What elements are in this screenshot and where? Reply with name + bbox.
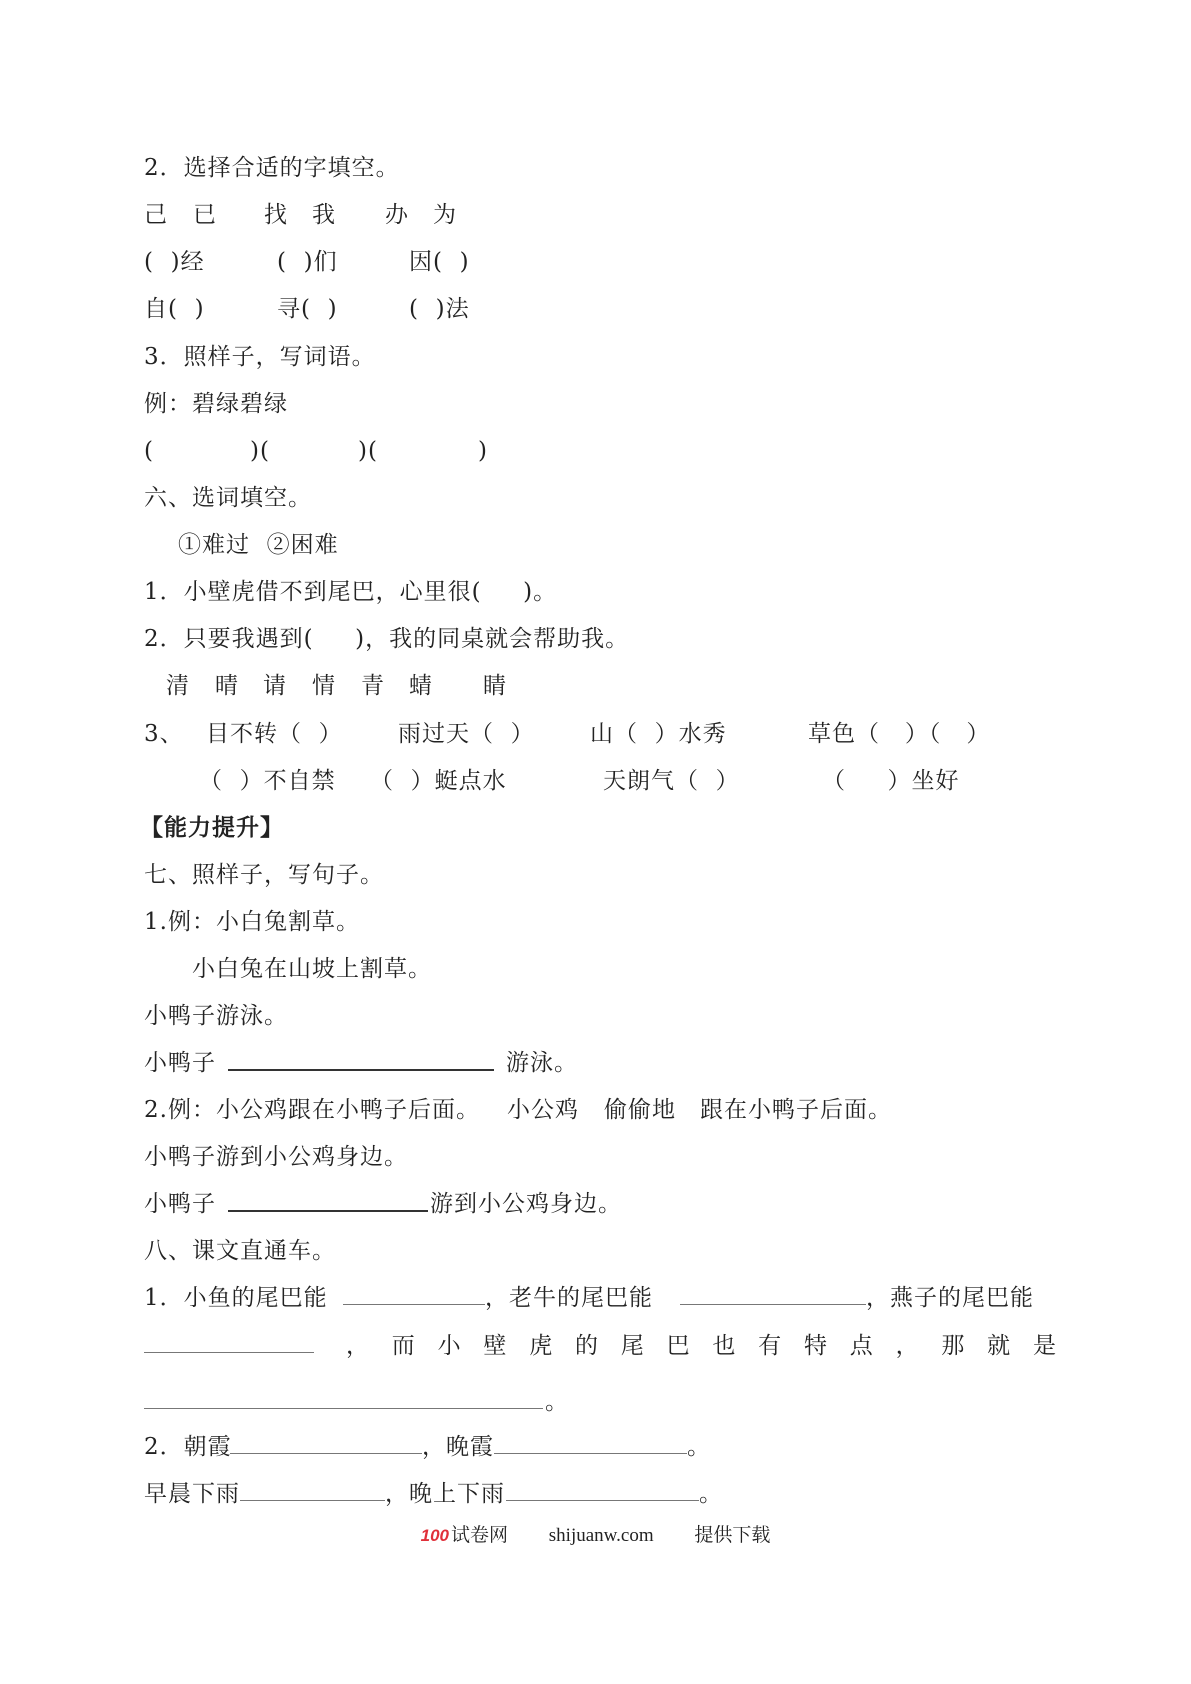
example2-label: 2.例：小公鸡跟在小鸭子后面。 <box>144 1090 480 1130</box>
word-options: ①难过 ②困难 <box>178 525 339 565</box>
fill-row-2: 自( ) 寻( ) ( )法 <box>144 289 544 329</box>
q3-example: 例：碧绿碧绿 <box>144 384 288 424</box>
fill-item[interactable]: ( )法 <box>409 289 470 329</box>
section8-q1-line2: ， 而 小 壁 虎 的 尾 巴 也 有 特 点 ， 那 就 是 <box>144 1326 1064 1366</box>
fill-item[interactable]: 因( ) <box>409 242 470 282</box>
text-char: 点 <box>850 1326 874 1366</box>
section6-q2: 2．只要我遇到( )，我的同桌就会帮助我。 <box>144 619 629 659</box>
section6-title: 六、选词填空。 <box>144 478 312 518</box>
section8-q2: 2．朝霞 ，晚霞 。 <box>144 1427 744 1467</box>
q2-part: 。 <box>687 1427 711 1467</box>
q2-part: 2．朝霞 <box>144 1427 232 1467</box>
answer-blank[interactable] <box>144 1326 314 1353</box>
text-char: 就 <box>987 1326 1011 1366</box>
q3-label: 3、 <box>144 714 184 754</box>
section8-q1-line3: 。 <box>144 1382 744 1422</box>
idiom-item[interactable]: 雨过天（ ） <box>398 714 535 754</box>
example2-part: 偷偷地 <box>604 1090 676 1130</box>
bank-char: 青 <box>361 666 385 706</box>
fill-item[interactable]: 寻( ) <box>277 289 338 329</box>
bank-char: 清 <box>166 666 190 706</box>
idiom-item[interactable]: （ ）蜓点水 <box>370 761 507 801</box>
q1-part: 1．小鱼的尾巴能 <box>144 1278 328 1318</box>
example2-part: 跟在小鸭子后面。 <box>700 1090 892 1130</box>
text-char: ， <box>346 1326 370 1366</box>
page-footer: 100试卷网 shijuanw.com 提供下载 <box>0 1520 1191 1547</box>
idiom-item[interactable]: （ ）坐好 <box>822 761 960 801</box>
answer-blank[interactable] <box>230 1427 422 1454</box>
answer-blank[interactable] <box>494 1427 687 1454</box>
section8-q3: 早晨下雨 ，晚上下雨 。 <box>144 1474 744 1514</box>
choice-char: 办 <box>385 195 409 235</box>
text-char: 也 <box>712 1326 736 1366</box>
fill-row-1: ( )经 ( )们 因( ) <box>144 242 544 282</box>
text-char: 壁 <box>483 1326 507 1366</box>
text-char: ， <box>896 1326 920 1366</box>
example1-answer: 小白兔在山坡上割草。 <box>192 949 432 989</box>
q1-fill-line: 小鸭子 游泳。 <box>144 1043 744 1083</box>
bank-char: 蜻 <box>409 666 433 706</box>
q2-suffix: 游到小公鸡身边。 <box>430 1184 622 1224</box>
char-bank: 清 晴 请 情 青 蜻 睛 <box>166 666 566 706</box>
example1-label: 1.例：小白兔割草。 <box>144 902 360 942</box>
site-url[interactable]: shijuanw.com <box>549 1525 654 1546</box>
q1-end: 。 <box>545 1382 569 1422</box>
text-char: 是 <box>1033 1326 1057 1366</box>
paren-pair: )( <box>250 431 270 471</box>
q1-prefix: 小鸭子 <box>144 1043 216 1083</box>
q1-part: ，燕子的尾巴能 <box>866 1278 1034 1318</box>
q1-part: ，老牛的尾巴能 <box>485 1278 653 1318</box>
justified-text: ， 而 小 壁 虎 的 尾 巴 也 有 特 点 ， 那 就 是 <box>346 1326 1057 1366</box>
text-char: 有 <box>758 1326 782 1366</box>
paren-pair: )( <box>358 431 378 471</box>
worksheet-page: 2．选择合适的字填空。 己 已 找 我 办 为 ( )经 ( )们 因( ) 自… <box>0 0 1191 1684</box>
idiom-item[interactable]: 山（ ）水秀 <box>590 714 727 754</box>
char-choices: 己 已 找 我 办 为 <box>144 195 544 235</box>
fill-item[interactable]: ( )们 <box>277 242 338 282</box>
q3-part: 早晨下雨 <box>144 1474 240 1514</box>
q3-blanks[interactable]: ( )( )( ) <box>144 431 544 471</box>
fill-item[interactable]: 自( ) <box>144 289 205 329</box>
answer-blank[interactable] <box>343 1278 485 1305</box>
answer-blank[interactable] <box>240 1474 385 1501</box>
text-char: 那 <box>941 1326 965 1366</box>
fill-item[interactable]: ( )经 <box>144 242 205 282</box>
section7-title: 七、照样子，写句子。 <box>144 855 384 895</box>
paren-open: ( <box>144 431 154 471</box>
choice-char: 己 <box>144 195 168 235</box>
text-char: 小 <box>438 1326 462 1366</box>
text-char: 特 <box>804 1326 828 1366</box>
ability-heading: 【能力提升】 <box>140 808 284 848</box>
idiom-item[interactable]: 草色（ ）（ ） <box>808 714 990 754</box>
text-char: 巴 <box>667 1326 691 1366</box>
q2-sentence: 小鸭子游到小公鸡身边。 <box>144 1137 408 1177</box>
bank-char: 晴 <box>215 666 239 706</box>
idiom-item[interactable]: （ ）不自禁 <box>199 761 336 801</box>
choice-char: 已 <box>193 195 217 235</box>
q2-title: 2．选择合适的字填空。 <box>144 148 400 188</box>
text-char: 而 <box>392 1326 416 1366</box>
site-name: 试卷网 <box>451 1525 508 1546</box>
bank-char: 睛 <box>483 666 507 706</box>
idiom-item[interactable]: 天朗气（ ） <box>603 761 740 801</box>
bank-char: 请 <box>263 666 287 706</box>
q2-prefix: 小鸭子 <box>144 1184 216 1224</box>
q3-title: 3．照样子，写词语。 <box>144 337 376 377</box>
answer-blank[interactable] <box>228 1043 494 1071</box>
idiom-item[interactable]: 目不转（ ） <box>206 714 343 754</box>
idiom-row-2: （ ）不自禁 （ ）蜓点水 天朗气（ ） （ ）坐好 <box>144 761 1064 801</box>
choice-char: 为 <box>433 195 457 235</box>
bank-char: 情 <box>312 666 336 706</box>
section6-q1: 1．小壁虎借不到尾巴，心里很( )。 <box>144 572 557 612</box>
q3-part: ，晚上下雨 <box>385 1474 505 1514</box>
q2-part: ，晚霞 <box>422 1427 494 1467</box>
logo-100-icon: 100 <box>421 1526 449 1545</box>
answer-blank[interactable] <box>144 1382 543 1409</box>
answer-blank[interactable] <box>228 1184 428 1212</box>
choice-char: 我 <box>312 195 336 235</box>
example2-line: 2.例：小公鸡跟在小鸭子后面。 小公鸡 偷偷地 跟在小鸭子后面。 <box>144 1090 1064 1130</box>
choice-char: 找 <box>264 195 288 235</box>
text-char: 的 <box>575 1326 599 1366</box>
q3-part: 。 <box>699 1474 723 1514</box>
q1-sentence: 小鸭子游泳。 <box>144 996 288 1036</box>
section8-title: 八、课文直通车。 <box>144 1231 336 1271</box>
section8-q1-line1: 1．小鱼的尾巴能 ，老牛的尾巴能 ，燕子的尾巴能 <box>144 1278 1064 1318</box>
idiom-row-1: 3、 目不转（ ） 雨过天（ ） 山（ ）水秀 草色（ ）（ ） <box>144 714 1064 754</box>
q1-suffix: 游泳。 <box>506 1043 578 1083</box>
example2-part: 小公鸡 <box>507 1090 579 1130</box>
text-char: 尾 <box>621 1326 645 1366</box>
paren-close: ) <box>478 431 488 471</box>
answer-blank[interactable] <box>506 1474 699 1501</box>
text-char: 虎 <box>529 1326 553 1366</box>
q2-fill-line: 小鸭子 游到小公鸡身边。 <box>144 1184 744 1224</box>
footer-note: 提供下载 <box>694 1525 770 1546</box>
answer-blank[interactable] <box>680 1278 866 1305</box>
